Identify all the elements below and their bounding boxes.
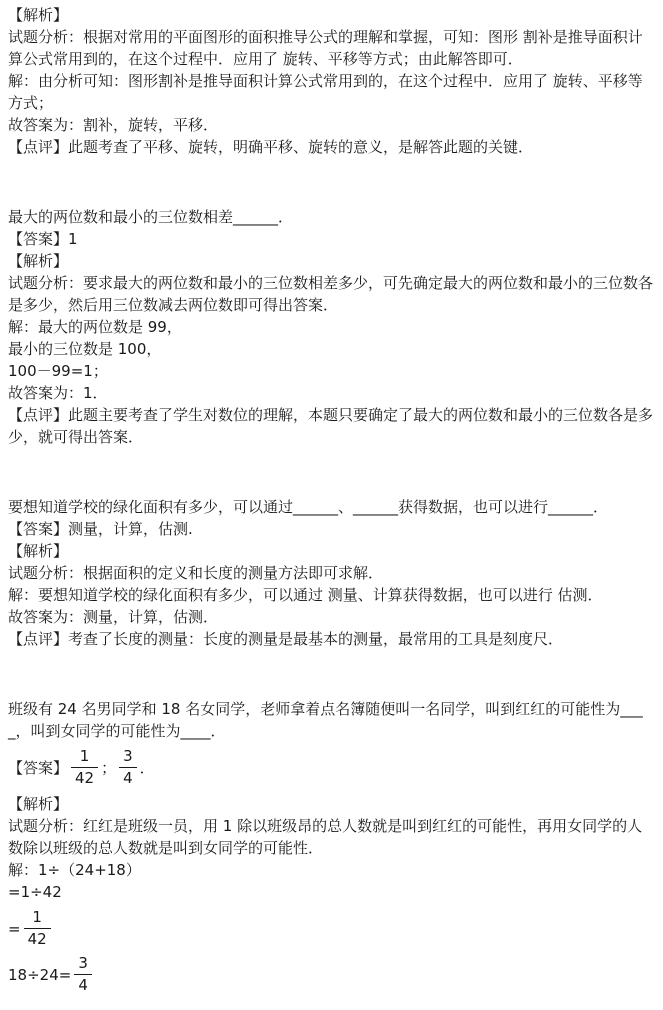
question-text: 要想知道学校的绿化面积有多少，可以通过______、______获得数据，也可以… <box>8 496 655 518</box>
fraction-denominator: 4 <box>74 975 92 995</box>
solution-block-q1: 【解析】 试题分析：根据对常用的平面图形的面积推导公式的理解和掌握，可知：图形 … <box>8 4 655 158</box>
fraction-numerator: 1 <box>24 908 51 929</box>
final-answer-line: 故答案为：测量，计算，估测． <box>8 606 655 628</box>
question-block-q2: 最大的两位数和最小的三位数相差______． 【答案】1 【解析】 试题分析：要… <box>8 206 655 448</box>
analysis-header: 【解析】 <box>8 4 655 26</box>
document: 【解析】 试题分析：根据对常用的平面图形的面积推导公式的理解和掌握，可知：图形 … <box>0 0 663 1010</box>
equals-sign: = <box>8 918 21 940</box>
analysis-header: 【解析】 <box>8 540 655 562</box>
solution-step: 解：1÷（24+18） <box>8 859 655 881</box>
analysis-text: 试题分析：根据对常用的平面图形的面积推导公式的理解和掌握，可知：图形 割补是推导… <box>8 26 655 70</box>
solution-step-fraction: 18÷24= 3 4 <box>8 954 655 995</box>
comment-text: 【点评】此题主要考查了学生对数位的理解，本题只要确定了最大的两位数和最小的三位数… <box>8 404 655 448</box>
question-block-q3: 要想知道学校的绿化面积有多少，可以通过______、______获得数据，也可以… <box>8 496 655 650</box>
fraction-1-over-42: 1 42 <box>24 908 51 949</box>
question-block-q4: 班级有 24 名男同学和 18 名女同学，老师拿着点名簿随便叫一名同学，叫到红红… <box>8 698 655 995</box>
analysis-text: 试题分析：要求最大的两位数和最小的三位数相差多少，可先确定最大的两位数和最小的三… <box>8 272 655 316</box>
fraction-numerator: 3 <box>74 954 92 975</box>
answer-label: 【答案】1 <box>8 228 655 250</box>
solution-text: 解：由分析可知：图形割补是推导面积计算公式常用到的，在这个过程中．应用了 旋转、… <box>8 70 655 114</box>
answer-label: 【答案】测量，计算，估测. <box>8 518 655 540</box>
answer-line-with-fractions: 【答案】 1 42 ； 3 4 ． <box>8 747 655 788</box>
solution-text: 解：要想知道学校的绿化面积有多少，可以通过 测量、计算获得数据，也可以进行 估测… <box>8 584 655 606</box>
final-answer-line: 故答案为：割补，旋转，平移． <box>8 114 655 136</box>
fraction-denominator: 42 <box>71 768 98 788</box>
answer-period: ． <box>140 757 155 779</box>
fraction-numerator: 1 <box>71 747 98 768</box>
solution-step: 100－99=1； <box>8 360 655 382</box>
final-answer-line: 故答案为：1． <box>8 382 655 404</box>
analysis-header: 【解析】 <box>8 250 655 272</box>
analysis-text: 试题分析：红红是班级一员，用 1 除以班级昂的总人数就是叫到红红的可能性，再用女… <box>8 815 655 859</box>
fraction-denominator: 42 <box>24 929 51 949</box>
solution-step-fraction: = 1 42 <box>8 908 655 949</box>
question-text: 最大的两位数和最小的三位数相差______． <box>8 206 655 228</box>
fraction-numerator: 3 <box>119 747 137 768</box>
fraction-denominator: 4 <box>119 768 137 788</box>
question-text: 班级有 24 名男同学和 18 名女同学，老师拿着点名簿随便叫一名同学，叫到红红… <box>8 698 655 742</box>
fraction-3-over-4: 3 4 <box>119 747 137 788</box>
comment-text: 【点评】考查了长度的测量：长度的测量是最基本的测量，最常用的工具是刻度尺． <box>8 628 655 650</box>
solution-step: 最小的三位数是 100， <box>8 338 655 360</box>
answer-label: 【答案】 <box>8 757 68 779</box>
fraction-3-over-4: 3 4 <box>74 954 92 995</box>
comment-text: 【点评】此题考查了平移、旋转，明确平移、旋转的意义，是解答此题的关键． <box>8 136 655 158</box>
analysis-header: 【解析】 <box>8 793 655 815</box>
solution-step: =1÷42 <box>8 881 655 903</box>
answer-separator: ； <box>101 757 116 779</box>
solution-step: 解：最大的两位数是 99， <box>8 316 655 338</box>
expression-text: 18÷24= <box>8 964 71 986</box>
analysis-text: 试题分析：根据面积的定义和长度的测量方法即可求解． <box>8 562 655 584</box>
fraction-1-over-42: 1 42 <box>71 747 98 788</box>
